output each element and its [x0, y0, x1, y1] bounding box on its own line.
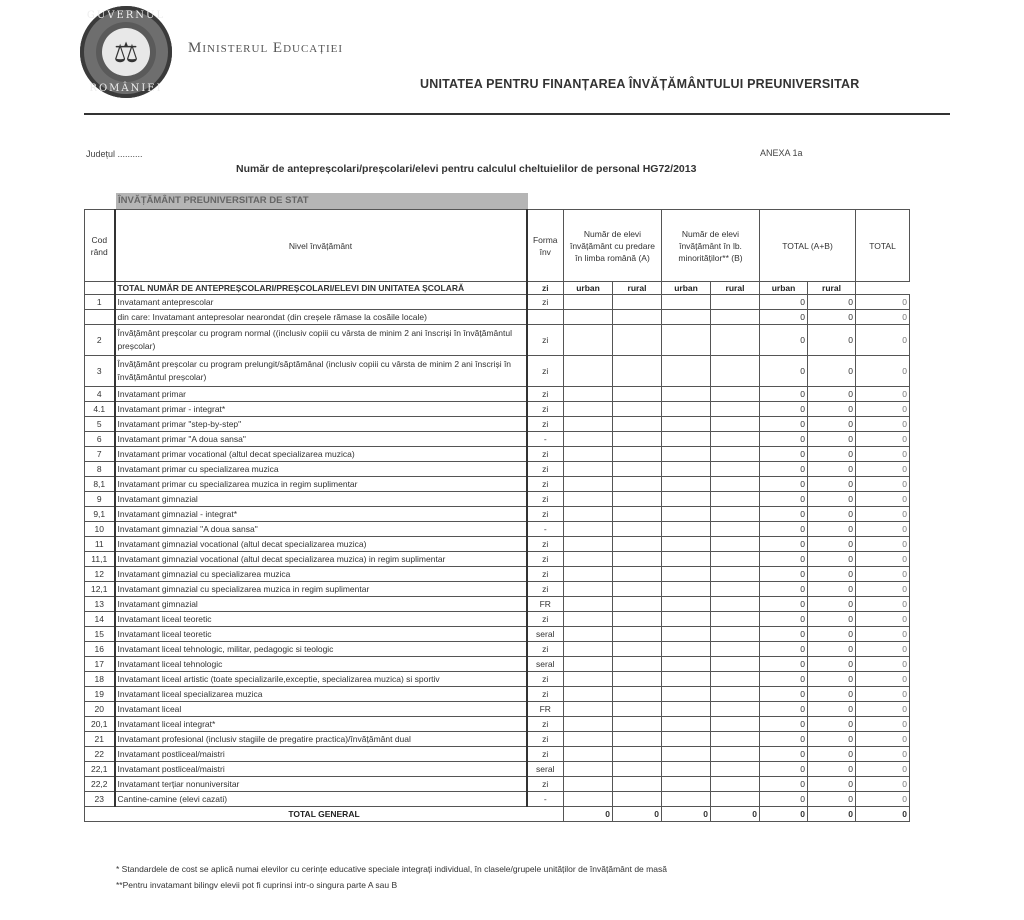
total-rural-value: 0: [808, 552, 856, 567]
total-urban-value: 0: [760, 747, 808, 762]
total-rural-value: 0: [808, 612, 856, 627]
total-value: 0: [856, 537, 910, 552]
total-value: 0: [856, 387, 910, 402]
ministry-name: Ministerul Educației: [188, 40, 343, 57]
input-cell: [613, 642, 662, 657]
input-cell: [613, 567, 662, 582]
table-row: 22Invatamant postliceal/maistrizi000: [85, 747, 910, 762]
row-code: 8,1: [85, 477, 115, 492]
row-label: Invatamant primar cu specializarea muzic…: [115, 477, 527, 492]
row-label: Invatamant liceal teoretic: [115, 612, 527, 627]
input-cell: [662, 657, 711, 672]
row-label: Invatamant anteprescolar: [115, 295, 527, 310]
row-label: Invatamant primar: [115, 387, 527, 402]
input-cell: [711, 762, 760, 777]
input-cell: [711, 552, 760, 567]
input-cell: [613, 627, 662, 642]
row-forma: zi: [527, 537, 564, 552]
total-value: 0: [856, 567, 910, 582]
input-cell: [711, 747, 760, 762]
table-row: 22,2Invatamant terțiar nonuniversitarzi0…: [85, 777, 910, 792]
row-label: Invatamant primar - integrat*: [115, 402, 527, 417]
total-value: 0: [856, 522, 910, 537]
row-forma: zi: [527, 477, 564, 492]
subheader-urban: urban: [564, 282, 613, 295]
input-cell: [662, 687, 711, 702]
input-cell: [613, 582, 662, 597]
header-cod: Cod rând: [85, 210, 115, 282]
row-code: 11,1: [85, 552, 115, 567]
total-general-value: 0: [808, 807, 856, 822]
row-forma: zi: [527, 687, 564, 702]
total-value: 0: [856, 627, 910, 642]
total-rural-value: 0: [808, 310, 856, 325]
input-cell: [564, 567, 613, 582]
total-rural-value: 0: [808, 792, 856, 807]
total-unit-row: TOTAL NUMĂR DE ANTEPREȘCOLARI/PREȘCOLARI…: [85, 282, 910, 295]
input-cell: [564, 597, 613, 612]
row-forma: zi: [527, 747, 564, 762]
total-rural-value: 0: [808, 402, 856, 417]
total-urban-value: 0: [760, 702, 808, 717]
input-cell: [662, 777, 711, 792]
total-urban-value: 0: [760, 295, 808, 310]
row-label: Invatamant liceal: [115, 702, 527, 717]
total-rural-value: 0: [808, 627, 856, 642]
total-value: 0: [856, 447, 910, 462]
row-label: Invatamant gimnazial "A doua sansa": [115, 522, 527, 537]
total-value: 0: [856, 552, 910, 567]
input-cell: [613, 597, 662, 612]
table-row: 9Invatamant gimnazialzi000: [85, 492, 910, 507]
input-cell: [564, 325, 613, 356]
total-urban-value: 0: [760, 567, 808, 582]
total-value: 0: [856, 762, 910, 777]
row-forma: zi: [527, 462, 564, 477]
row-forma: zi: [527, 567, 564, 582]
row-code: 16: [85, 642, 115, 657]
total-rural-value: 0: [808, 762, 856, 777]
total-urban-value: 0: [760, 477, 808, 492]
total-urban-value: 0: [760, 507, 808, 522]
row-forma: zi: [527, 492, 564, 507]
input-cell: [613, 477, 662, 492]
row-forma: zi: [527, 672, 564, 687]
input-cell: [613, 295, 662, 310]
total-rural-value: 0: [808, 672, 856, 687]
header-total: TOTAL: [856, 210, 910, 282]
header-forma: Forma înv: [527, 210, 564, 282]
table-row: 21Invatamant profesional (inclusiv stagi…: [85, 732, 910, 747]
table-row: 20,1Invatamant liceal integrat*zi000: [85, 717, 910, 732]
total-value: 0: [856, 657, 910, 672]
row-code: 13: [85, 597, 115, 612]
total-general-row: TOTAL GENERAL0000000: [85, 807, 910, 822]
input-cell: [711, 702, 760, 717]
subheader-rural: rural: [613, 282, 662, 295]
input-cell: [711, 402, 760, 417]
input-cell: [613, 492, 662, 507]
input-cell: [564, 402, 613, 417]
table-row: 8Invatamant primar cu specializarea muzi…: [85, 462, 910, 477]
row-code: 7: [85, 447, 115, 462]
input-cell: [613, 657, 662, 672]
input-cell: [662, 747, 711, 762]
total-rural-value: 0: [808, 582, 856, 597]
input-cell: [564, 492, 613, 507]
row-label: Invatamant liceal artistic (toate specia…: [115, 672, 527, 687]
input-cell: [662, 717, 711, 732]
input-cell: [711, 612, 760, 627]
total-urban-value: 0: [760, 687, 808, 702]
total-rural-value: 0: [808, 356, 856, 387]
total-urban-value: 0: [760, 657, 808, 672]
table-row: 8,1Invatamant primar cu specializarea mu…: [85, 477, 910, 492]
table-row: 22,1Invatamant postliceal/maistriseral00…: [85, 762, 910, 777]
input-cell: [662, 762, 711, 777]
input-cell: [711, 642, 760, 657]
input-cell: [564, 687, 613, 702]
row-forma: zi: [527, 295, 564, 310]
input-cell: [711, 537, 760, 552]
row-code: 22: [85, 747, 115, 762]
total-rural-value: 0: [808, 642, 856, 657]
total-general-value: 0: [613, 807, 662, 822]
total-urban-value: 0: [760, 717, 808, 732]
row-forma: zi: [527, 582, 564, 597]
row-code: 6: [85, 432, 115, 447]
input-cell: [662, 432, 711, 447]
row-forma: FR: [527, 702, 564, 717]
row-label: Invatamant primar cu specializarea muzic…: [115, 462, 527, 477]
input-cell: [711, 777, 760, 792]
table-row: 16Invatamant liceal tehnologic, militar,…: [85, 642, 910, 657]
total-urban-value: 0: [760, 492, 808, 507]
total-value: 0: [856, 310, 910, 325]
row-label: Cantine-camine (elevi cazati): [115, 792, 527, 807]
total-value: 0: [856, 295, 910, 310]
table-row: 4Invatamant primarzi000: [85, 387, 910, 402]
total-urban-value: 0: [760, 387, 808, 402]
input-cell: [711, 582, 760, 597]
input-cell: [711, 477, 760, 492]
total-value: 0: [856, 462, 910, 477]
input-cell: [711, 417, 760, 432]
row-code: [85, 282, 115, 295]
table-row: 7Invatamant primar vocational (altul dec…: [85, 447, 910, 462]
total-rural-value: 0: [808, 777, 856, 792]
input-cell: [564, 702, 613, 717]
row-forma: zi: [527, 417, 564, 432]
table-row: 13Invatamant gimnazialFR000: [85, 597, 910, 612]
row-label: Invatamant terțiar nonuniversitar: [115, 777, 527, 792]
table-row: 5Invatamant primar "step-by-step"zi000: [85, 417, 910, 432]
row-code: 22,2: [85, 777, 115, 792]
input-cell: [662, 552, 711, 567]
table-row: 14Invatamant liceal teoreticzi000: [85, 612, 910, 627]
total-general-value: 0: [711, 807, 760, 822]
header-divider: [84, 113, 950, 115]
row-label: Invatamant gimnazial - integrat*: [115, 507, 527, 522]
total-value: 0: [856, 507, 910, 522]
total-urban-value: 0: [760, 356, 808, 387]
total-rural-value: 0: [808, 295, 856, 310]
total-value: 0: [856, 792, 910, 807]
row-label: Invatamant postliceal/maistri: [115, 747, 527, 762]
input-cell: [564, 657, 613, 672]
row-code: 21: [85, 732, 115, 747]
input-cell: [711, 567, 760, 582]
row-label: Invatamant gimnazial: [115, 597, 527, 612]
input-cell: [564, 612, 613, 627]
input-cell: [711, 627, 760, 642]
total-urban-value: 0: [760, 325, 808, 356]
row-code: 20,1: [85, 717, 115, 732]
total-urban-value: 0: [760, 762, 808, 777]
total-value: 0: [856, 747, 910, 762]
table-row: 3Învățământ preșcolar cu program prelung…: [85, 356, 910, 387]
input-cell: [711, 310, 760, 325]
total-value: 0: [856, 597, 910, 612]
row-label: Invatamant liceal tehnologic, militar, p…: [115, 642, 527, 657]
row-code: 5: [85, 417, 115, 432]
row-label: Invatamant gimnazial cu specializarea mu…: [115, 582, 527, 597]
input-cell: [564, 507, 613, 522]
table-row: din care: Invatamant antepresolar nearon…: [85, 310, 910, 325]
input-cell: [662, 507, 711, 522]
total-value: 0: [856, 492, 910, 507]
input-cell: [711, 432, 760, 447]
table-row: 18Invatamant liceal artistic (toate spec…: [85, 672, 910, 687]
total-rural-value: 0: [808, 477, 856, 492]
total-rural-value: 0: [808, 567, 856, 582]
total-general-value: 0: [564, 807, 613, 822]
input-cell: [662, 612, 711, 627]
row-code: 14: [85, 612, 115, 627]
total-urban-value: 0: [760, 522, 808, 537]
input-cell: [564, 627, 613, 642]
total-urban-value: 0: [760, 777, 808, 792]
input-cell: [662, 325, 711, 356]
row-code: 15: [85, 627, 115, 642]
input-cell: [613, 447, 662, 462]
total-urban-value: 0: [760, 402, 808, 417]
input-cell: [711, 295, 760, 310]
row-forma: -: [527, 792, 564, 807]
subheader-urban: urban: [662, 282, 711, 295]
footnote-1: * Standardele de cost se aplică numai el…: [116, 864, 667, 874]
total-general-value: 0: [856, 807, 910, 822]
row-label: Invatamant postliceal/maistri: [115, 762, 527, 777]
total-general-value: 0: [760, 807, 808, 822]
subheader-rural: rural: [711, 282, 760, 295]
total-value: 0: [856, 732, 910, 747]
input-cell: [564, 717, 613, 732]
table-row: 15Invatamant liceal teoreticseral000: [85, 627, 910, 642]
total-rural-value: 0: [808, 387, 856, 402]
total-value: 0: [856, 432, 910, 447]
header-group-a: Număr de elevi învățământ cu predare în …: [564, 210, 662, 282]
input-cell: [613, 762, 662, 777]
row-code: 19: [85, 687, 115, 702]
input-cell: [662, 417, 711, 432]
row-code: 12,1: [85, 582, 115, 597]
row-forma: zi: [527, 717, 564, 732]
row-forma: seral: [527, 762, 564, 777]
input-cell: [564, 356, 613, 387]
row-code: 2: [85, 325, 115, 356]
input-cell: [662, 356, 711, 387]
input-cell: [662, 627, 711, 642]
row-forma: [527, 310, 564, 325]
row-code: 12: [85, 567, 115, 582]
input-cell: [613, 387, 662, 402]
total-urban-value: 0: [760, 597, 808, 612]
input-cell: [711, 687, 760, 702]
section-banner: ÎNVĂȚĂMÂNT PREUNIVERSITAR DE STAT: [116, 193, 528, 209]
total-value: 0: [856, 642, 910, 657]
table-row: 11Invatamant gimnazial vocational (altul…: [85, 537, 910, 552]
row-code: 4: [85, 387, 115, 402]
total-rural-value: 0: [808, 597, 856, 612]
total-value: 0: [856, 477, 910, 492]
total-value: 0: [856, 417, 910, 432]
row-forma: seral: [527, 657, 564, 672]
input-cell: [662, 537, 711, 552]
logo-bottom-text: ROMÂNIEI: [80, 83, 172, 94]
header-nivel: Nivel învățământ: [115, 210, 527, 282]
input-cell: [662, 387, 711, 402]
row-code: 4.1: [85, 402, 115, 417]
input-cell: [564, 792, 613, 807]
input-cell: [613, 702, 662, 717]
table-row: 23Cantine-camine (elevi cazati)-000: [85, 792, 910, 807]
row-forma: -: [527, 522, 564, 537]
header-row: Cod rând Nivel învățământ Forma înv Numă…: [85, 210, 910, 282]
row-code: 23: [85, 792, 115, 807]
input-cell: [613, 777, 662, 792]
total-value: 0: [856, 687, 910, 702]
total-urban-value: 0: [760, 642, 808, 657]
table-row: 20Invatamant licealFR000: [85, 702, 910, 717]
input-cell: [564, 747, 613, 762]
row-forma: zi: [527, 402, 564, 417]
input-cell: [613, 717, 662, 732]
total-value: 0: [856, 325, 910, 356]
input-cell: [564, 522, 613, 537]
header-group-total-ab: TOTAL (A+B): [760, 210, 856, 282]
input-cell: [711, 447, 760, 462]
total-rural-value: 0: [808, 702, 856, 717]
input-cell: [662, 642, 711, 657]
input-cell: [711, 356, 760, 387]
row-forma: zi: [527, 612, 564, 627]
total-rural-value: 0: [808, 492, 856, 507]
table-row: 11,1Invatamant gimnazial vocational (alt…: [85, 552, 910, 567]
total-rural-value: 0: [808, 657, 856, 672]
table-row: 2Învățământ preșcolar cu program normal …: [85, 325, 910, 356]
total-value: 0: [856, 582, 910, 597]
total-urban-value: 0: [760, 552, 808, 567]
input-cell: [711, 792, 760, 807]
input-cell: [564, 777, 613, 792]
row-code: 18: [85, 672, 115, 687]
row-code: 8: [85, 462, 115, 477]
row-label: Invatamant liceal integrat*: [115, 717, 527, 732]
row-code: [85, 310, 115, 325]
row-forma: zi: [527, 325, 564, 356]
total-rural-value: 0: [808, 462, 856, 477]
total-value: 0: [856, 777, 910, 792]
row-label: Învățământ preșcolar cu program prelungi…: [115, 356, 527, 387]
row-label: Invatamant primar vocational (altul deca…: [115, 447, 527, 462]
total-urban-value: 0: [760, 672, 808, 687]
input-cell: [662, 597, 711, 612]
total-value: 0: [856, 356, 910, 387]
input-cell: [613, 507, 662, 522]
total-urban-value: 0: [760, 447, 808, 462]
input-cell: [662, 522, 711, 537]
total-urban-value: 0: [760, 612, 808, 627]
row-code: 9: [85, 492, 115, 507]
table-row: 17Invatamant liceal tehnologicseral000: [85, 657, 910, 672]
input-cell: [662, 732, 711, 747]
total-rural-value: 0: [808, 432, 856, 447]
input-cell: [613, 325, 662, 356]
input-cell: [564, 310, 613, 325]
total-urban-value: 0: [760, 792, 808, 807]
input-cell: [613, 462, 662, 477]
input-cell: [564, 295, 613, 310]
input-cell: [564, 672, 613, 687]
total-value: 0: [856, 702, 910, 717]
row-label: Invatamant gimnazial vocational (altul d…: [115, 537, 527, 552]
input-cell: [613, 672, 662, 687]
row-code: 10: [85, 522, 115, 537]
total-rural-value: 0: [808, 447, 856, 462]
input-cell: [662, 492, 711, 507]
input-cell: [564, 417, 613, 432]
total-rural-value: 0: [808, 747, 856, 762]
table-row: 4.1Invatamant primar - integrat*zi000: [85, 402, 910, 417]
row-code: 9,1: [85, 507, 115, 522]
table-row: 10Invatamant gimnazial "A doua sansa"-00…: [85, 522, 910, 537]
input-cell: [564, 582, 613, 597]
total-rural-value: 0: [808, 732, 856, 747]
students-table: Cod rând Nivel învățământ Forma înv Numă…: [84, 209, 910, 822]
row-label: Invatamant primar "step-by-step": [115, 417, 527, 432]
total-urban-value: 0: [760, 462, 808, 477]
total-rural-value: 0: [808, 417, 856, 432]
input-cell: [711, 387, 760, 402]
input-cell: [564, 387, 613, 402]
input-cell: [662, 672, 711, 687]
input-cell: [711, 492, 760, 507]
total-rural-value: 0: [808, 522, 856, 537]
row-label: Invatamant liceal teoretic: [115, 627, 527, 642]
input-cell: [564, 432, 613, 447]
subheader-rural: rural: [808, 282, 856, 295]
row-forma: FR: [527, 597, 564, 612]
header-group-b: Număr de elevi învățământ în lb. minorit…: [662, 210, 760, 282]
input-cell: [564, 462, 613, 477]
input-cell: [613, 552, 662, 567]
total-urban-value: 0: [760, 417, 808, 432]
input-cell: [662, 702, 711, 717]
input-cell: [711, 462, 760, 477]
input-cell: [662, 402, 711, 417]
input-cell: [711, 597, 760, 612]
